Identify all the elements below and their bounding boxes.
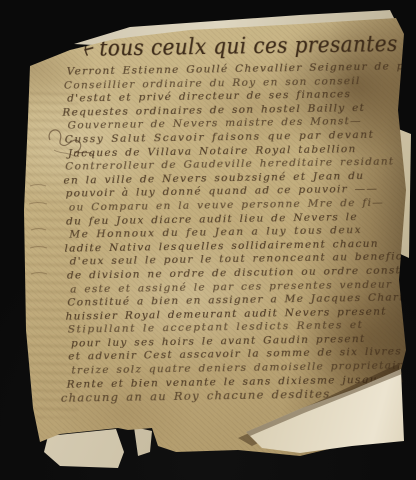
manuscript-scan: 1626 tous ceulx qui ces presantes lett V… (0, 0, 416, 480)
handwritten-text-block: tous ceulx qui ces presantes lett Verron… (63, 29, 409, 405)
year-annotation: 1626 (49, 35, 75, 49)
archive-stamp (27, 27, 73, 45)
